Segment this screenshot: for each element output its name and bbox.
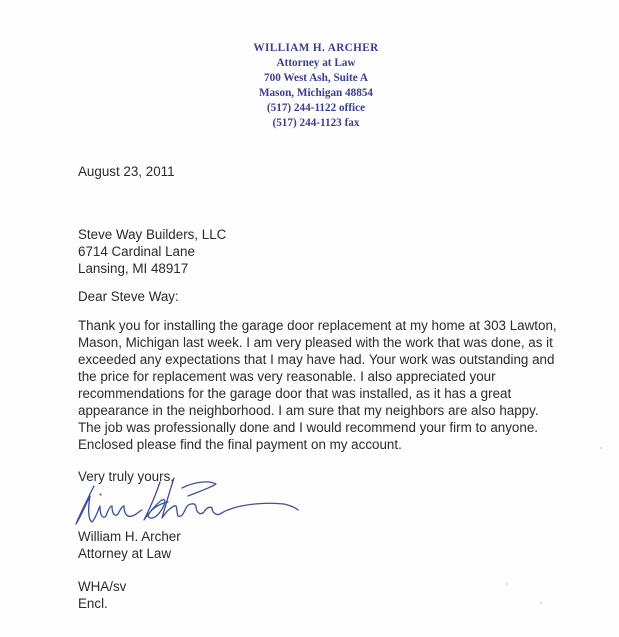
salutation: Dear Steve Way: — [78, 288, 179, 305]
enclosure-notation: Encl. — [78, 595, 126, 612]
paragraph-line: The job was professionally done and I wo… — [78, 419, 557, 436]
letter-date: August 23, 2011 — [78, 163, 175, 180]
paragraph-line: the price for replacement was very reaso… — [78, 368, 557, 385]
paragraph-line: appearance in the neighborhood. I am sur… — [78, 402, 557, 419]
letterhead: WILLIAM H. ARCHER Attorney at Law 700 We… — [200, 41, 432, 131]
letterhead-name: WILLIAM H. ARCHER — [200, 41, 432, 56]
signer-title: Attorney at Law — [78, 545, 181, 562]
signer-name: William H. Archer — [78, 528, 181, 545]
letterhead-phone-office: (517) 244-1122 office — [200, 101, 432, 116]
scan-speck — [540, 602, 542, 604]
body-paragraph: Thank you for installing the garage door… — [78, 317, 557, 436]
handwritten-signature — [70, 474, 310, 532]
enclosed-note: Enclosed please find the final payment o… — [78, 436, 402, 453]
signature-block: William H. Archer Attorney at Law — [78, 528, 181, 562]
recipient-line1: Steve Way Builders, LLC — [78, 226, 226, 243]
paragraph-line: exceeded any expectations that I may hav… — [78, 351, 557, 368]
scan-speck — [600, 447, 602, 449]
paragraph-line: recommendations for the garage door that… — [78, 385, 557, 402]
paragraph-line: Thank you for installing the garage door… — [78, 317, 557, 334]
scan-speck — [506, 583, 508, 585]
reference-initials: WHA/sv — [78, 578, 126, 595]
letterhead-phone-fax: (517) 244-1123 fax — [200, 116, 432, 131]
recipient-address: Steve Way Builders, LLC 6714 Cardinal La… — [78, 226, 226, 277]
paragraph-line: Mason, Michigan last week. I am very ple… — [78, 334, 557, 351]
reference-block: WHA/sv Encl. — [78, 578, 126, 612]
letter-page: WILLIAM H. ARCHER Attorney at Law 700 We… — [0, 0, 619, 637]
recipient-line3: Lansing, MI 48917 — [78, 260, 226, 277]
letterhead-address-line2: Mason, Michigan 48854 — [200, 86, 432, 101]
letterhead-title: Attorney at Law — [200, 56, 432, 71]
recipient-line2: 6714 Cardinal Lane — [78, 243, 226, 260]
letterhead-address-line1: 700 West Ash, Suite A — [200, 71, 432, 86]
